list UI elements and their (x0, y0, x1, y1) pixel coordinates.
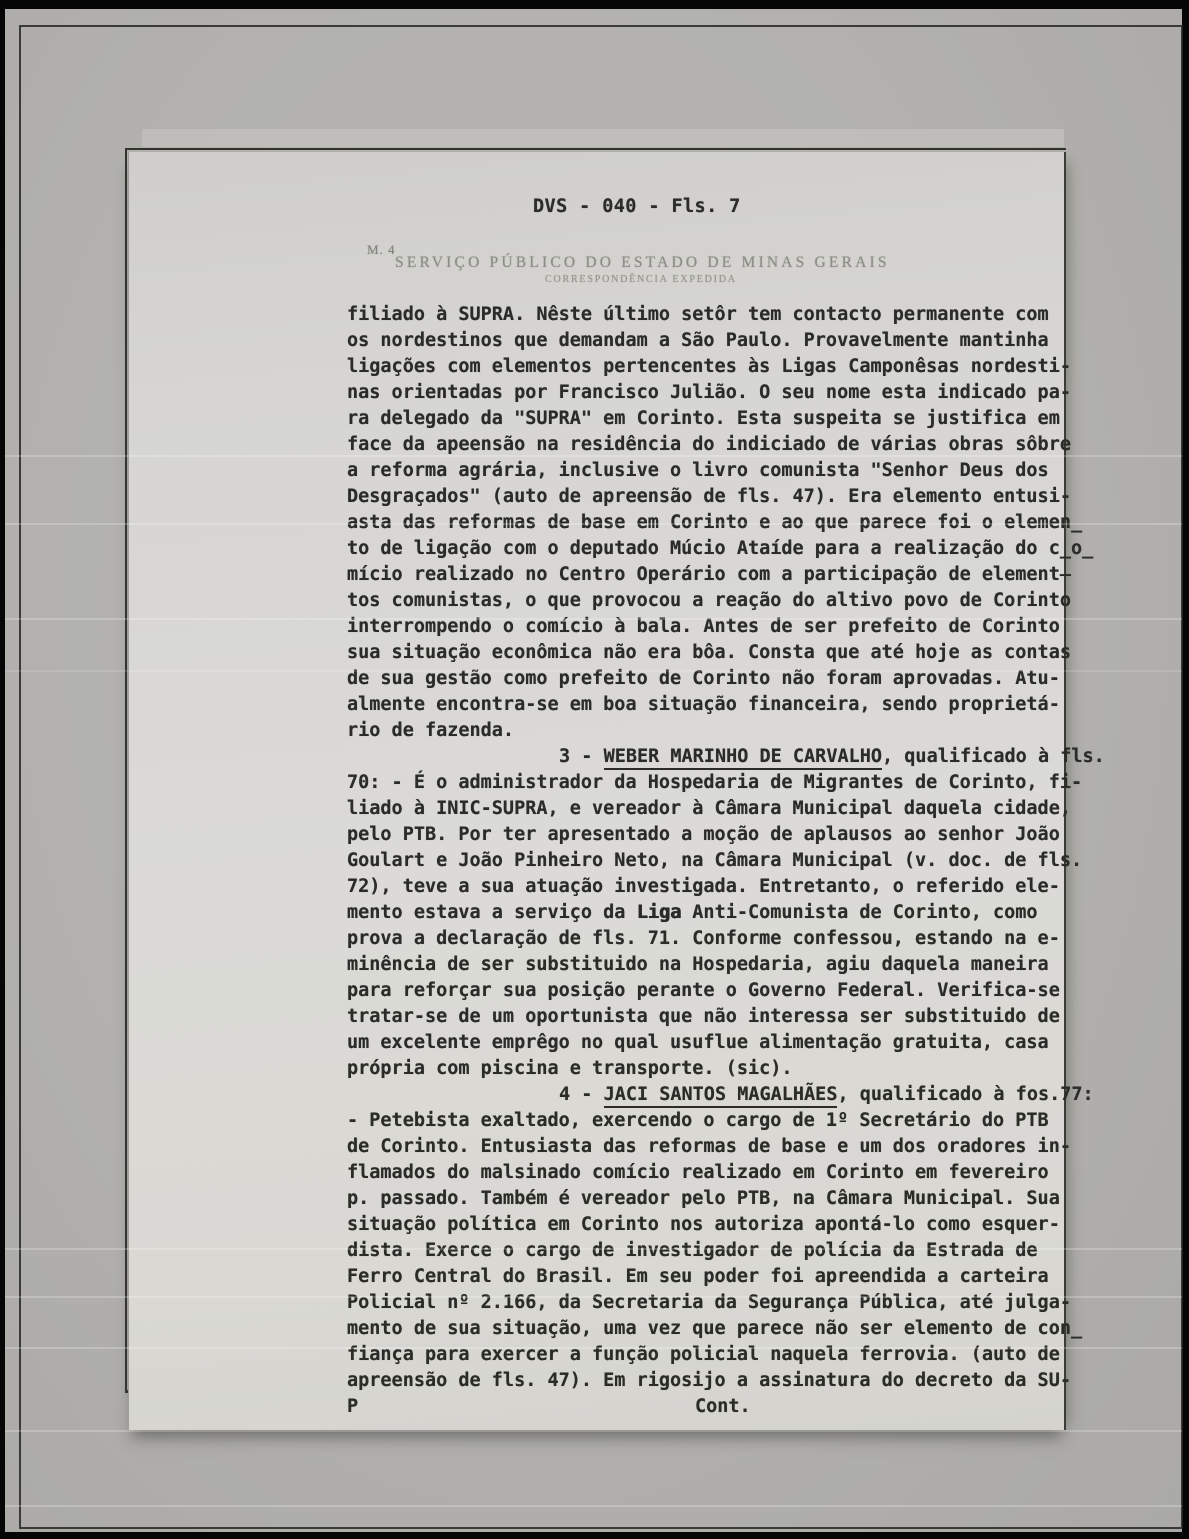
text-line: apreensão de fls. 47). Em rigosijo a ass… (347, 1368, 1061, 1394)
overstruck-word: Liga (637, 902, 682, 923)
section-number: 3 - (559, 746, 604, 767)
text-line: prova a declaração de fls. 71. Conforme … (347, 926, 1061, 952)
line-prefix: mento estava a serviço da (347, 902, 637, 923)
text-line: filiado à SUPRA. Nêste último setôr tem … (347, 302, 1061, 328)
letterhead-title: SERVIÇO PÚBLICO DO ESTADO DE MINAS GERAI… (395, 254, 890, 272)
text-line: ligações com elementos pertencentes às L… (347, 354, 1061, 380)
person-name-underlined: JACI SANTOS MAGALHÃES (604, 1084, 838, 1108)
text-line: os nordestinos que demandam a São Paulo.… (347, 328, 1061, 354)
text-line: Policial nº 2.166, da Secretaria da Segu… (347, 1290, 1061, 1316)
document-body: filiado à SUPRA. Nêste último setôr tem … (347, 302, 1061, 1420)
text-line: mício realizado no Centro Operário com a… (347, 562, 1061, 588)
section-heading-4: 4 - JACI SANTOS MAGALHÃES, qualificado à… (347, 1082, 1061, 1108)
text-line: situação política em Corinto nos autoriz… (347, 1212, 1061, 1238)
line-rest: Anti-Comunista de Corinto, como (681, 902, 1037, 923)
text-line: pelo PTB. Por ter apresentado a moção de… (347, 822, 1061, 848)
text-line: nas orientadas por Francisco Julião. O s… (347, 380, 1061, 406)
doc-number: DVS - 040 - Fls. 7 (533, 196, 741, 217)
text-line: tos comunistas, o que provocou a reação … (347, 588, 1061, 614)
microfilm-frame: DVS - 040 - Fls. 7 M. 4 SERVIÇO PÚBLICO … (0, 0, 1189, 1539)
text-line: 72), teve a sua atuação investigada. Ent… (347, 874, 1061, 900)
text-line: Ferro Central do Brasil. Em seu poder fo… (347, 1264, 1061, 1290)
text-line: Desgraçados" (auto de apreensão de fls. … (347, 484, 1061, 510)
text-line: própria com piscina e transporte. (sic). (347, 1056, 1061, 1082)
heading-rest: , qualificado à fos.77: (837, 1084, 1093, 1105)
text-line-overstruck-word: mento estava a serviço da Liga Anti-Comu… (347, 900, 1061, 926)
person-name-underlined: WEBER MARINHO DE CARVALHO (604, 746, 882, 770)
text-line: de Corinto. Entusiasta das reformas de b… (347, 1134, 1061, 1160)
text-line: almente encontra-se em boa situação fina… (347, 692, 1061, 718)
text-line: sua situação econômica não era bôa. Cons… (347, 640, 1061, 666)
letterhead-mark: M. 4 (367, 242, 396, 258)
text-line: minência de ser substituido na Hospedari… (347, 952, 1061, 978)
text-line: Goulart e João Pinheiro Neto, na Câmara … (347, 848, 1061, 874)
text-line: asta das reformas de base em Corinto e a… (347, 510, 1061, 536)
text-line: interrompendo o comício à bala. Antes de… (347, 614, 1061, 640)
text-line: 70: - É o administrador da Hospedaria de… (347, 770, 1061, 796)
text-line: fiança para exercer a função policial na… (347, 1342, 1061, 1368)
footer-line: PCont. (347, 1394, 1061, 1420)
heading-rest: , qualificado à fls. (882, 746, 1105, 767)
text-line: de sua gestão como prefeito de Corinto n… (347, 666, 1061, 692)
section-number: 4 - (559, 1084, 604, 1105)
text-line: liado à INIC-SUPRA, e vereador à Câmara … (347, 796, 1061, 822)
text-line: ra delegado da "SUPRA" em Corinto. Esta … (347, 406, 1061, 432)
text-line: - Petebista exaltado, exercendo o cargo … (347, 1108, 1061, 1134)
letterhead-subtitle: CORRESPONDÊNCIA EXPEDIDA (545, 274, 737, 285)
text-line: dista. Exerce o cargo de investigador de… (347, 1238, 1061, 1264)
text-line: um excelente emprêgo no qual usuflue ali… (347, 1030, 1061, 1056)
text-line: p. passado. Também é vereador pelo PTB, … (347, 1186, 1061, 1212)
text-line: tratar-se de um oportunista que não inte… (347, 1004, 1061, 1030)
continuation-mark: Cont. (695, 1394, 751, 1420)
text-line: to de ligação com o deputado Múcio Ataíd… (347, 536, 1061, 562)
text-line: face da apeensão na residência do indici… (347, 432, 1061, 458)
text-line: flamados do malsinado comício realizado … (347, 1160, 1061, 1186)
text-line: a reforma agrária, inclusive o livro com… (347, 458, 1061, 484)
footer-left-mark: P (347, 1396, 358, 1417)
text-line: rio de fazenda. (347, 718, 1061, 744)
section-heading-3: 3 - WEBER MARINHO DE CARVALHO, qualifica… (347, 744, 1061, 770)
document-page: DVS - 040 - Fls. 7 M. 4 SERVIÇO PÚBLICO … (128, 152, 1066, 1430)
text-line: mento de sua situação, uma vez que parec… (347, 1316, 1061, 1342)
text-line: para reforçar sua posição perante o Gove… (347, 978, 1061, 1004)
under-sheet-edge (142, 129, 1064, 147)
